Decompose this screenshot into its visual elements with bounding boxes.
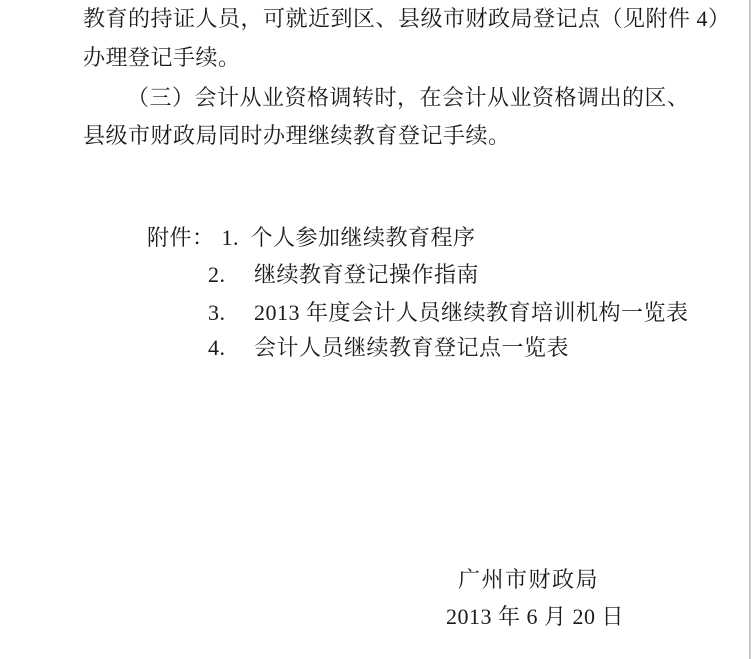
attachments-line-4: 4.会计人员继续教育登记点一览表 bbox=[184, 306, 569, 390]
paragraph1-line1: 教育的持证人员，可就近到区、县级市财政局登记点（见附件 4） bbox=[83, 5, 731, 33]
signature-date: 2013 年 6 月 20 日 bbox=[446, 603, 624, 631]
paragraph2-line1: （三）会计从业资格调转时，在会计从业资格调出的区、 bbox=[127, 84, 690, 112]
attachment-item-text: 会计人员继续教育登记点一览表 bbox=[254, 335, 569, 360]
paragraph1-line2: 办理登记手续。 bbox=[83, 44, 241, 72]
paragraph2-line2: 县级市财政局同时办理继续教育登记手续。 bbox=[83, 122, 511, 150]
attachment-item-number: 4. bbox=[208, 334, 254, 362]
signature-organization: 广州市财政局 bbox=[458, 566, 599, 594]
document-page: 教育的持证人员，可就近到区、县级市财政局登记点（见附件 4） 办理登记手续。 （… bbox=[0, 0, 751, 659]
